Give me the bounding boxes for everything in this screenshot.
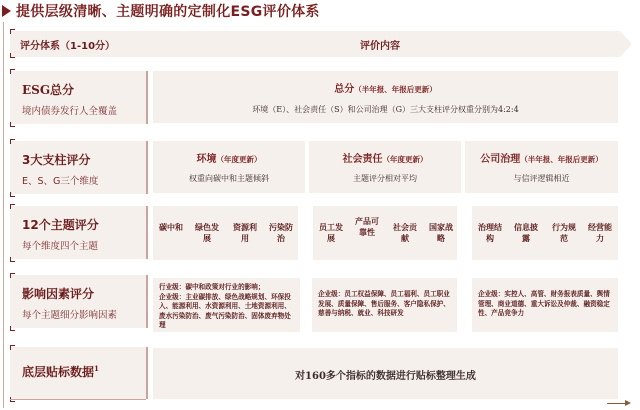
factor-social: 企业级：员工权益保障、员工福利、员工职业发展、质量保障、售后服务、客户隐私保护、… [312,278,457,332]
corner-bl [10,122,15,127]
header-arrow-icon [620,31,632,57]
topic-item: 社会贡献 [393,222,417,244]
pillar-social: 社会责任（年度更新） 主题评分相对平均 [309,141,461,193]
row-title: 12个主题评分 [22,216,99,233]
total-score-label: 总分 [334,84,354,95]
left-vertical-line [3,22,4,408]
corner-tl [10,139,15,144]
pillar-title: 环境（年度更新） [153,150,305,165]
base-data-text: 对160多个指标的数据进行贴标整理生成 [153,367,618,382]
topic-item: 绿色发展 [195,222,219,244]
row-label-box: ESG总分 境内债券发行人全覆盖 [10,71,148,124]
topic-item: 资源利用 [233,222,257,244]
corner-tl [10,69,15,74]
row-label-box: 影响因素评分 每个主题细分影响因素 [10,275,148,328]
footnote-marker: 1 [94,364,99,373]
topic-item: 员工发展 [319,222,343,244]
row-title: 3大支柱评分 [22,151,90,168]
row-subtitle: 境内债券发行人全覆盖 [22,103,117,117]
pillar-environment: 环境（年度更新） 权重向碳中和主题倾斜 [153,141,305,193]
page-title: 提供层级清晰、主题明确的定制化ESG评价体系 [16,1,320,21]
topic-item: 国家战略 [429,222,453,244]
pillar-text: 与信评逻辑相近 [465,173,618,184]
pillar-text: 主题评分相对平均 [309,173,461,184]
total-score-text: 环境（E）、社会责任（S）和公司治理（G）三大支柱评分权重分别为4:2:4 [153,104,618,115]
topic-item: 污染防治 [269,222,293,244]
total-score-note: （半年报、年报后更新） [354,85,437,94]
corner-tl [10,345,15,350]
corner-bl [10,53,15,58]
topic-item: 产品可靠性 [355,216,379,238]
topic-item: 碳中和 [159,222,183,233]
topic-item: 治理结构 [478,222,502,244]
topic-group-social: 员工发展 产品可靠性 社会贡献 国家战略 [313,206,457,260]
row-subtitle: E、S、G三个维度 [22,173,98,187]
factor-text: 企业级：员工权益保障、员工福利、员工职业发展、质量保障、售后服务、客户隐私保护、… [318,290,452,319]
topic-item: 信息披露 [514,222,538,244]
base-data-cell: 对160多个指标的数据进行贴标整理生成 [153,348,618,399]
factor-text: 企业级：实控人、高管、财务报表质量、舆情管理、商业道德、重大诉讼及仲裁、融资稳定… [478,290,614,319]
bottom-line [10,399,146,400]
corner-bl [10,326,15,331]
total-score-cell: 总分（半年报、年报后更新） 环境（E）、社会责任（S）和公司治理（G）三大支柱评… [153,71,618,123]
row-subtitle: 每个维度四个主题 [22,238,98,252]
row-title: 影响因素评分 [22,285,94,302]
corner-bl [10,192,15,197]
title-triangle-icon [2,5,11,17]
pillar-title: 公司治理（半年报、年报后更新） [465,150,618,165]
factor-governance: 企业级：实控人、高管、财务报表质量、舆情管理、商业道德、重大诉讼及仲裁、融资稳定… [472,278,618,332]
topic-group-governance: 治理结构 信息披露 行为规范 经营能力 [472,206,618,260]
flow-arrow-icon [625,400,631,406]
row-title: ESG总分 [22,81,74,98]
row-title: 底层贴标数据1 [22,363,99,380]
pillar-text: 权重向碳中和主题倾斜 [153,173,305,184]
pillar-title: 社会责任（年度更新） [309,150,461,165]
topic-item: 经营能力 [588,222,612,244]
topic-item: 行为规范 [552,222,576,244]
row-label-box: 12个主题评分 每个维度四个主题 [10,206,148,259]
corner-bl [10,257,15,262]
corner-tl [10,204,15,209]
corner-tl [10,273,15,278]
title-row: 提供层级清晰、主题明确的定制化ESG评价体系 [2,2,320,20]
header-left-label: 评分体系（1-10分） [20,37,115,52]
corner-tl [10,29,15,34]
topic-group-environment: 碳中和 绿色发展 资源利用 污染防治 [153,206,298,260]
factor-environment: 行业级：碳中和政策对行业的影响； 企业级：主业碳排放、绿色战略规划、环保投入、能… [153,278,300,332]
total-score-title: 总分（半年报、年报后更新） [153,80,618,95]
row-label-box: 底层贴标数据1 [10,347,148,399]
row-subtitle: 每个主题细分影响因素 [22,307,117,321]
base-data-title: 底层贴标数据 [22,365,94,379]
row-label-box: 3大支柱评分 E、S、G三个维度 [10,141,148,194]
header-right-label: 评价内容 [360,37,400,52]
flow-arrow-line [607,403,627,404]
factor-text: 行业级：碳中和政策对行业的影响； 企业级：主业碳排放、绿色战略规划、环保投入、能… [159,283,295,331]
pillar-governance: 公司治理（半年报、年报后更新） 与信评逻辑相近 [465,141,618,193]
